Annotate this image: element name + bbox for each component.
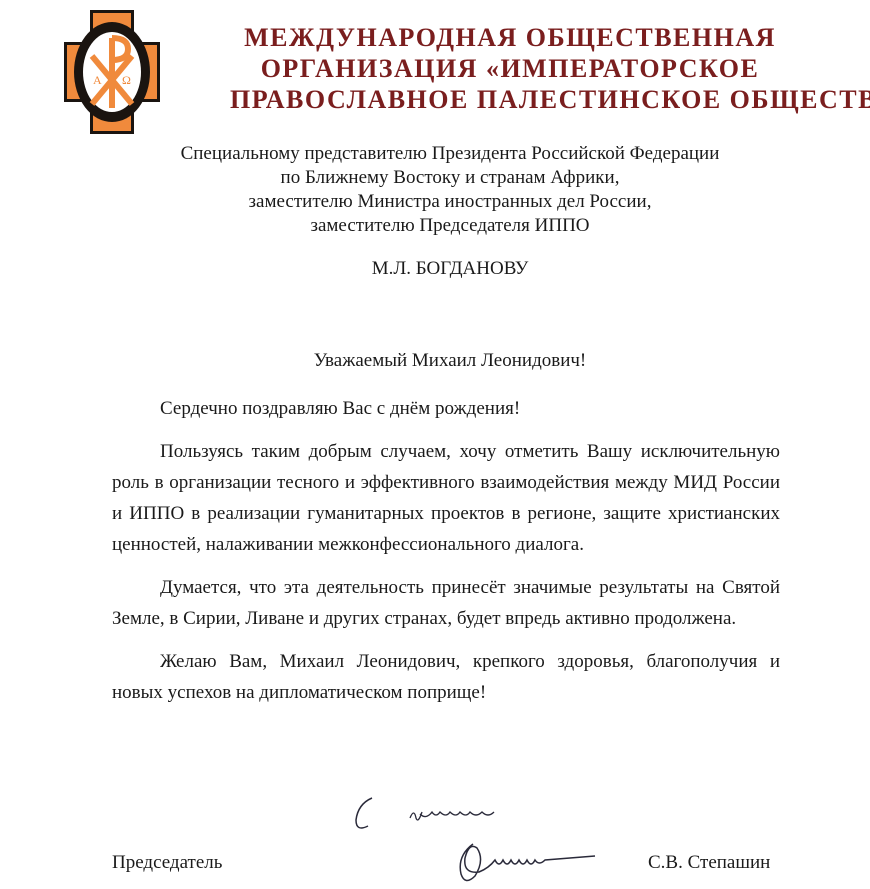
salutation: Уважаемый Михаил Леонидович!	[100, 350, 800, 372]
addressee-line: по Ближнему Востоку и странам Африки,	[100, 166, 800, 190]
svg-text:Α: Α	[93, 73, 102, 87]
org-title-line: ПРАВОСЛАВНОЕ ПАЛЕСТИНСКОЕ ОБЩЕСТВО»	[230, 84, 790, 115]
paragraph: Пользуясь таким добрым случаем, хочу отм…	[112, 436, 780, 560]
addressee-line: Специальному представителю Президента Ро…	[100, 142, 800, 166]
org-title-line: ОРГАНИЗАЦИЯ «ИМПЕРАТОРСКОЕ	[230, 53, 790, 84]
addressee-block: Специальному представителю Президента Ро…	[100, 142, 800, 238]
paragraph: Думается, что эта деятельность принесёт …	[112, 572, 780, 634]
handwritten-closing-icon	[350, 790, 550, 845]
org-title-line: МЕЖДУНАРОДНАЯ ОБЩЕСТВЕННАЯ	[230, 22, 790, 53]
signatory-name: С.В. Степашин	[648, 852, 770, 874]
addressee-line: заместителю Председателя ИППО	[100, 214, 800, 238]
position-label: Председатель	[112, 852, 222, 874]
svg-text:Ω: Ω	[122, 73, 131, 87]
handwritten-signature-icon	[455, 838, 615, 889]
letter-body: Сердечно поздравляю Вас с днём рождения!…	[112, 393, 780, 715]
paragraph: Желаю Вам, Михаил Леонидович, крепкого з…	[112, 646, 780, 708]
recipient-name: М.Л. БОГДАНОВУ	[100, 258, 800, 280]
chi-rho-cross-emblem-icon: Α Ω	[62, 8, 162, 136]
paragraph: Сердечно поздравляю Вас с днём рождения!	[112, 393, 780, 424]
organization-title: МЕЖДУНАРОДНАЯ ОБЩЕСТВЕННАЯ ОРГАНИЗАЦИЯ «…	[230, 22, 790, 115]
addressee-line: заместителю Министра иностранных дел Рос…	[100, 190, 800, 214]
